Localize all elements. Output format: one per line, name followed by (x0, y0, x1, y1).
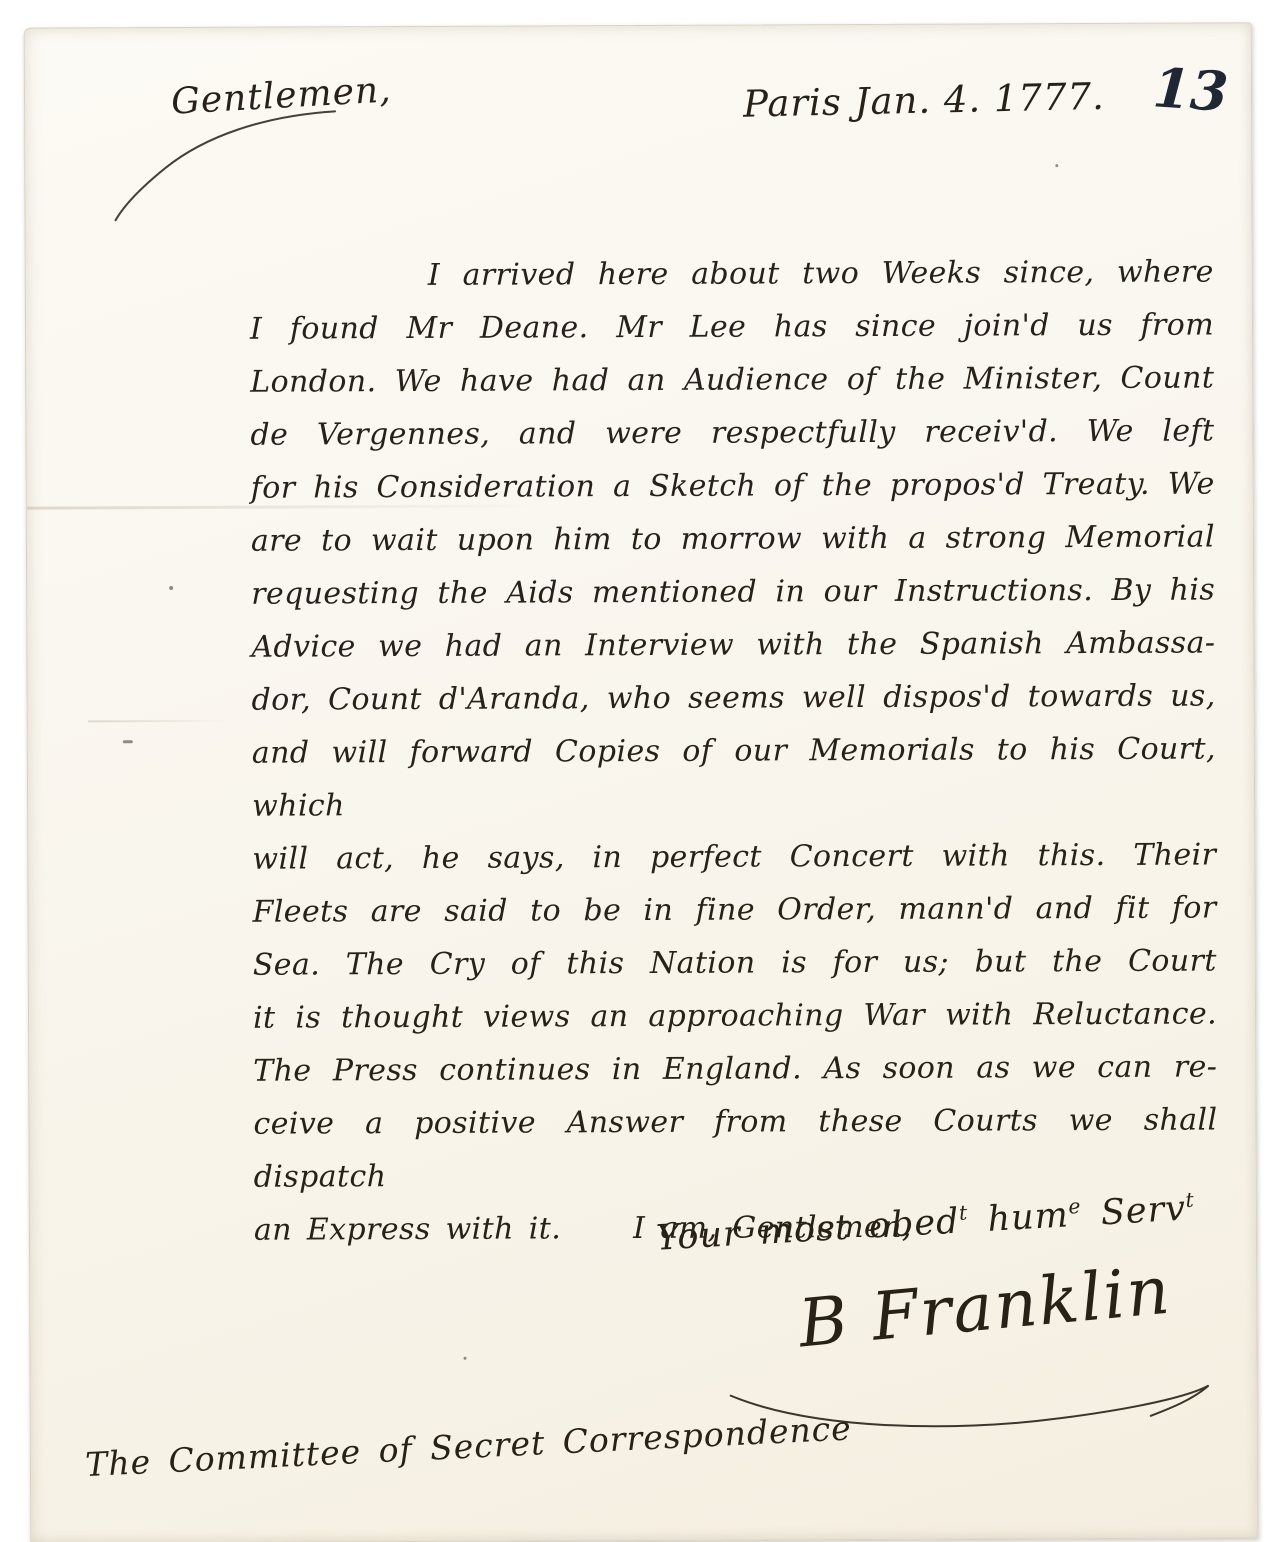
body-line: I arrived here about two Weeks since, wh… (250, 245, 1214, 302)
scanned-letter: Gentlemen, Paris Jan. 4. 1777. 13 I arri… (0, 0, 1280, 1542)
letter-body: I arrived here about two Weeks since, wh… (250, 245, 1218, 1256)
ink-speck (464, 1357, 467, 1360)
closing-text: hum (967, 1195, 1070, 1241)
page-number-annotation: 13 (1151, 55, 1230, 124)
body-line: requesting the Aids mentioned in our Ins… (251, 563, 1215, 620)
body-line: Sea. The Cry of this Nation is for us; b… (253, 934, 1217, 991)
body-line: ceive a positive Answer from these Court… (253, 1093, 1217, 1203)
ink-speck (169, 586, 173, 590)
body-line: London. We have had an Audience of the M… (250, 351, 1214, 408)
body-line: it is thought views an approaching War w… (253, 987, 1217, 1044)
body-line: and will forward Copies of our Memorials… (252, 722, 1216, 832)
salutation: Gentlemen, (170, 69, 393, 122)
body-line: are to wait upon him to morrow with a st… (251, 510, 1215, 567)
body-line: de Vergennes, and were respectfully rece… (250, 404, 1214, 461)
last-line-left: an Express with it. (254, 1211, 561, 1247)
salutation-flourish-stroke (85, 105, 346, 226)
ink-speck (1055, 164, 1058, 167)
body-line: Fleets are said to be in fine Order, man… (252, 881, 1216, 938)
ink-speck (123, 740, 133, 743)
body-line: The Press continues in England. As soon … (253, 1040, 1217, 1097)
body-line: I found Mr Deane. Mr Lee has since join'… (250, 298, 1214, 355)
body-line: dor, Count d'Aranda, who seems well disp… (252, 669, 1216, 726)
body-line: will act, he says, in perfect Concert wi… (252, 828, 1216, 885)
paper-crease (88, 720, 228, 723)
body-line: Advice we had an Interview with the Span… (251, 616, 1215, 673)
signature: B Franklin (796, 1252, 1175, 1363)
dateline: Paris Jan. 4. 1777. (743, 75, 1106, 126)
closing-superscript: t (1185, 1187, 1196, 1211)
address-line: The Committee of Secret Correspondence (84, 1408, 852, 1484)
letter-paper: Gentlemen, Paris Jan. 4. 1777. 13 I arri… (24, 22, 1259, 1542)
closing-text: Serv (1081, 1189, 1187, 1235)
